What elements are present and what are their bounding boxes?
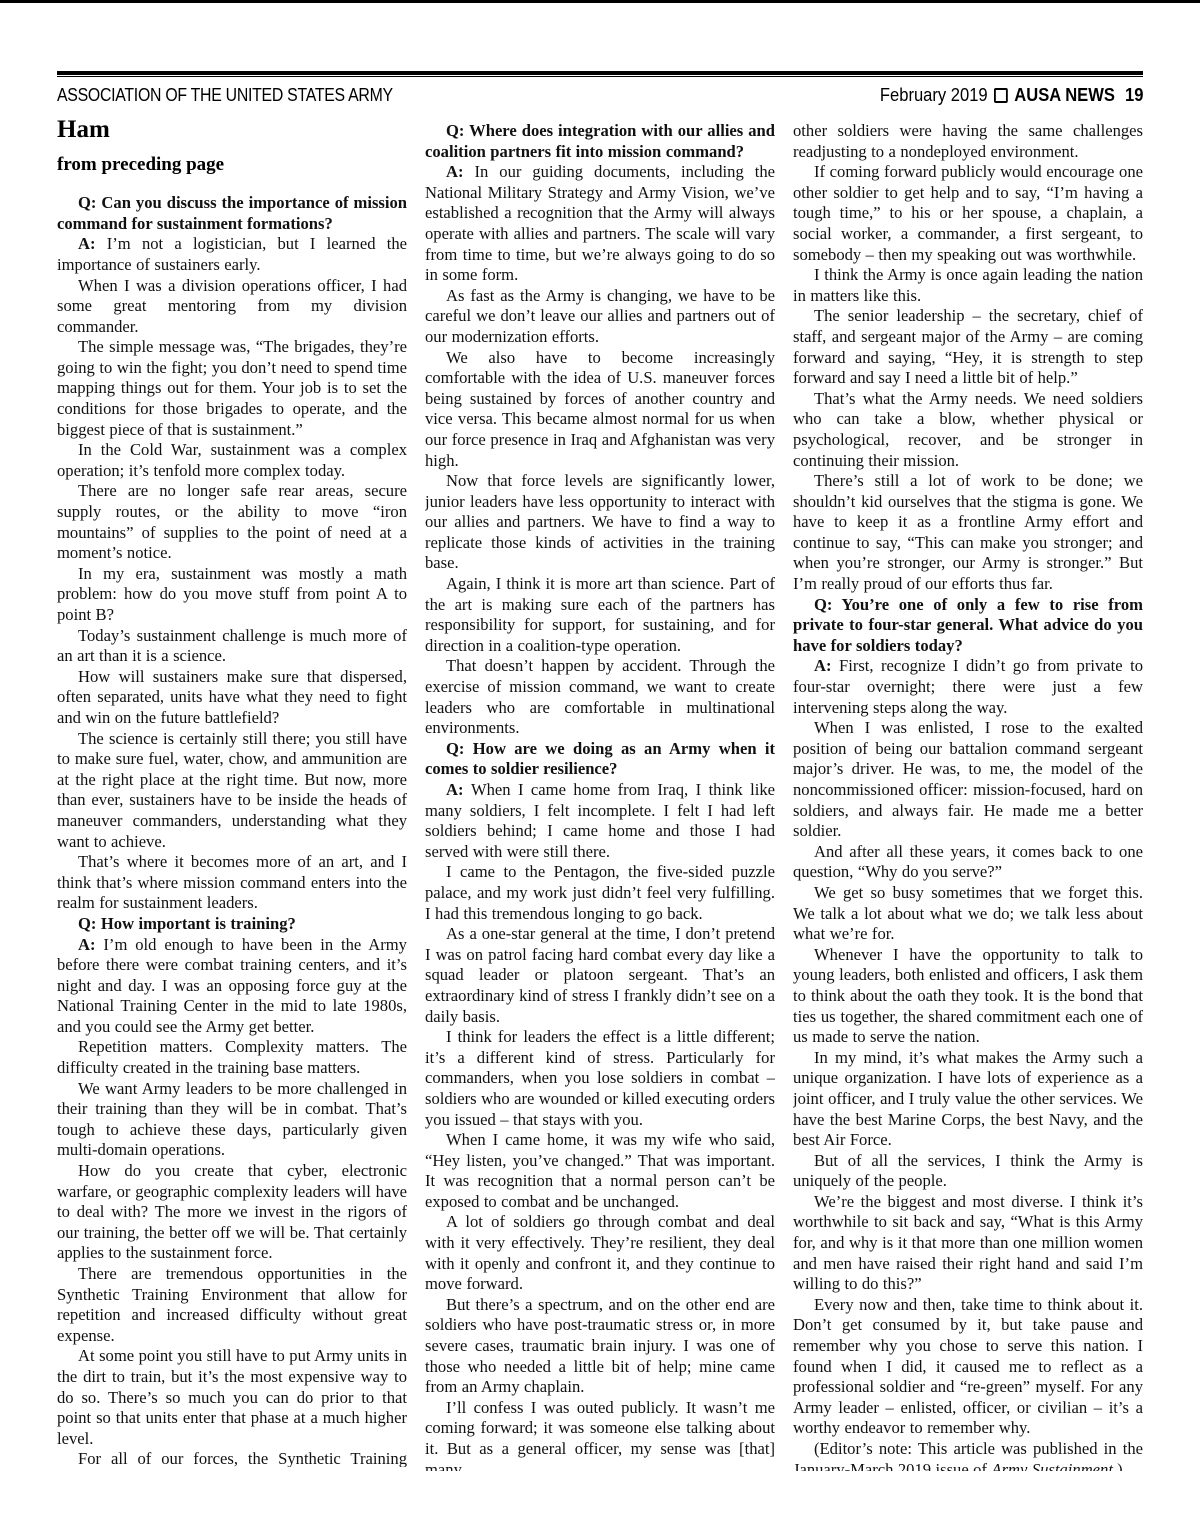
answer-paragraph: A: I’m not a logistician, but I learned … xyxy=(57,234,407,275)
question-paragraph: Q: How important is training? xyxy=(57,914,407,935)
body-paragraph: I think for leaders the effect is a litt… xyxy=(425,1027,775,1130)
article-title: Ham xyxy=(57,117,407,143)
body-paragraph: A lot of soldiers go through combat and … xyxy=(425,1212,775,1294)
masthead-page-number: 19 xyxy=(1125,85,1143,106)
answer-prefix: A: xyxy=(446,780,471,799)
question-paragraph: Q: Can you discuss the importance of mis… xyxy=(57,193,407,234)
body-paragraph: Again, I think it is more art than scien… xyxy=(425,574,775,656)
body-paragraph: That doesn’t happen by accident. Through… xyxy=(425,656,775,738)
body-paragraph: I came to the Pentagon, the five-sided p… xyxy=(425,862,775,924)
body-paragraph: Repetition matters. Complexity matters. … xyxy=(57,1037,407,1078)
body-paragraph: Now that force levels are significantly … xyxy=(425,471,775,574)
body-paragraph: For all of our forces, the Synthetic Tra… xyxy=(57,1449,407,1467)
newspaper-page: ASSOCIATION OF THE UNITED STATES ARMY Fe… xyxy=(0,0,1200,1535)
answer-prefix: A: xyxy=(446,162,474,181)
article-column-2: Q: Where does integration with our allie… xyxy=(425,121,775,1471)
column-2-paragraphs: Q: Where does integration with our allie… xyxy=(425,121,775,1471)
body-paragraph: As a one-star general at the time, I don… xyxy=(425,924,775,1027)
body-paragraph: As fast as the Army is changing, we have… xyxy=(425,286,775,348)
body-paragraph: When I came home, it was my wife who sai… xyxy=(425,1130,775,1212)
answer-prefix: A: xyxy=(78,234,107,253)
body-paragraph: (Editor’s note: This article was publish… xyxy=(793,1439,1143,1471)
body-paragraph: We get so busy sometimes that we forget … xyxy=(793,883,1143,945)
masthead-rule-thin xyxy=(57,76,1143,77)
body-paragraph: In my mind, it’s what makes the Army suc… xyxy=(793,1048,1143,1151)
question-paragraph: Q: You’re one of only a few to rise from… xyxy=(793,595,1143,657)
checkbox-square-icon xyxy=(994,88,1008,103)
answer-paragraph: A: First, recognize I didn’t go from pri… xyxy=(793,656,1143,718)
answer-paragraph: A: I’m old enough to have been in the Ar… xyxy=(57,935,407,1038)
article-continuation-note: from preceding page xyxy=(57,155,407,176)
body-paragraph: But there’s a spectrum, and on the other… xyxy=(425,1295,775,1398)
body-paragraph: At some point you still have to put Army… xyxy=(57,1346,407,1449)
masthead-issue-info: February 2019 AUSA NEWS 19 xyxy=(879,85,1143,106)
masthead-association-name: ASSOCIATION OF THE UNITED STATES ARMY xyxy=(57,85,393,106)
column-3-paragraphs: other soldiers were having the same chal… xyxy=(793,121,1143,1471)
body-paragraph: In my era, sustainment was mostly a math… xyxy=(57,564,407,626)
masthead-publication-name: AUSA NEWS xyxy=(1014,85,1115,106)
body-paragraph: I think the Army is once again leading t… xyxy=(793,265,1143,306)
body-paragraph: That’s where it becomes more of an art, … xyxy=(57,852,407,914)
body-paragraph: There are tremendous opportunities in th… xyxy=(57,1264,407,1346)
body-paragraph: But of all the services, I think the Arm… xyxy=(793,1151,1143,1192)
page-top-edge-rule xyxy=(0,0,1200,3)
answer-prefix: A: xyxy=(814,656,839,675)
body-paragraph: Every now and then, take time to think a… xyxy=(793,1295,1143,1439)
body-paragraph: There are no longer safe rear areas, sec… xyxy=(57,481,407,563)
continuation-paragraph: other soldiers were having the same chal… xyxy=(793,121,1143,162)
answer-prefix: A: xyxy=(78,935,103,954)
body-paragraph: How will sustainers make sure that dispe… xyxy=(57,667,407,729)
question-paragraph: Q: How are we doing as an Army when it c… xyxy=(425,739,775,780)
body-paragraph: The science is certainly still there; yo… xyxy=(57,729,407,853)
body-paragraph: That’s what the Army needs. We need sold… xyxy=(793,389,1143,471)
body-paragraph: How do you create that cyber, electronic… xyxy=(57,1161,407,1264)
body-paragraph: Whenever I have the opportunity to talk … xyxy=(793,945,1143,1048)
body-paragraph: I’ll confess I was outed publicly. It wa… xyxy=(425,1398,775,1471)
question-paragraph: Q: Where does integration with our allie… xyxy=(425,121,775,162)
answer-paragraph: A: In our guiding documents, including t… xyxy=(425,162,775,286)
body-paragraph: In the Cold War, sustainment was a compl… xyxy=(57,440,407,481)
masthead-rule xyxy=(57,71,1143,77)
body-paragraph: We’re the biggest and most diverse. I th… xyxy=(793,1192,1143,1295)
body-paragraph: We also have to become increasingly comf… xyxy=(425,348,775,472)
italic-publication-title: Army Sustainment. xyxy=(991,1460,1117,1471)
body-paragraph: We want Army leaders to be more challeng… xyxy=(57,1079,407,1161)
body-paragraph: The simple message was, “The brigades, t… xyxy=(57,337,407,440)
column-1-paragraphs: Q: Can you discuss the importance of mis… xyxy=(57,193,407,1467)
masthead-rule-thick xyxy=(57,71,1143,75)
body-paragraph: When I was a division operations officer… xyxy=(57,276,407,338)
article-column-3: other soldiers were having the same chal… xyxy=(793,121,1143,1471)
body-paragraph: And after all these years, it comes back… xyxy=(793,842,1143,883)
body-paragraph: When I was enlisted, I rose to the exalt… xyxy=(793,718,1143,842)
masthead-date: February 2019 xyxy=(879,85,987,106)
body-paragraph: There’s still a lot of work to be done; … xyxy=(793,471,1143,595)
article-column-1: Ham from preceding page Q: Can you discu… xyxy=(57,117,407,1467)
body-paragraph: If coming forward publicly would encoura… xyxy=(793,162,1143,265)
answer-paragraph: A: When I came home from Iraq, I think l… xyxy=(425,780,775,862)
body-paragraph: Today’s sustainment challenge is much mo… xyxy=(57,626,407,667)
body-paragraph: The senior leadership – the secretary, c… xyxy=(793,306,1143,388)
